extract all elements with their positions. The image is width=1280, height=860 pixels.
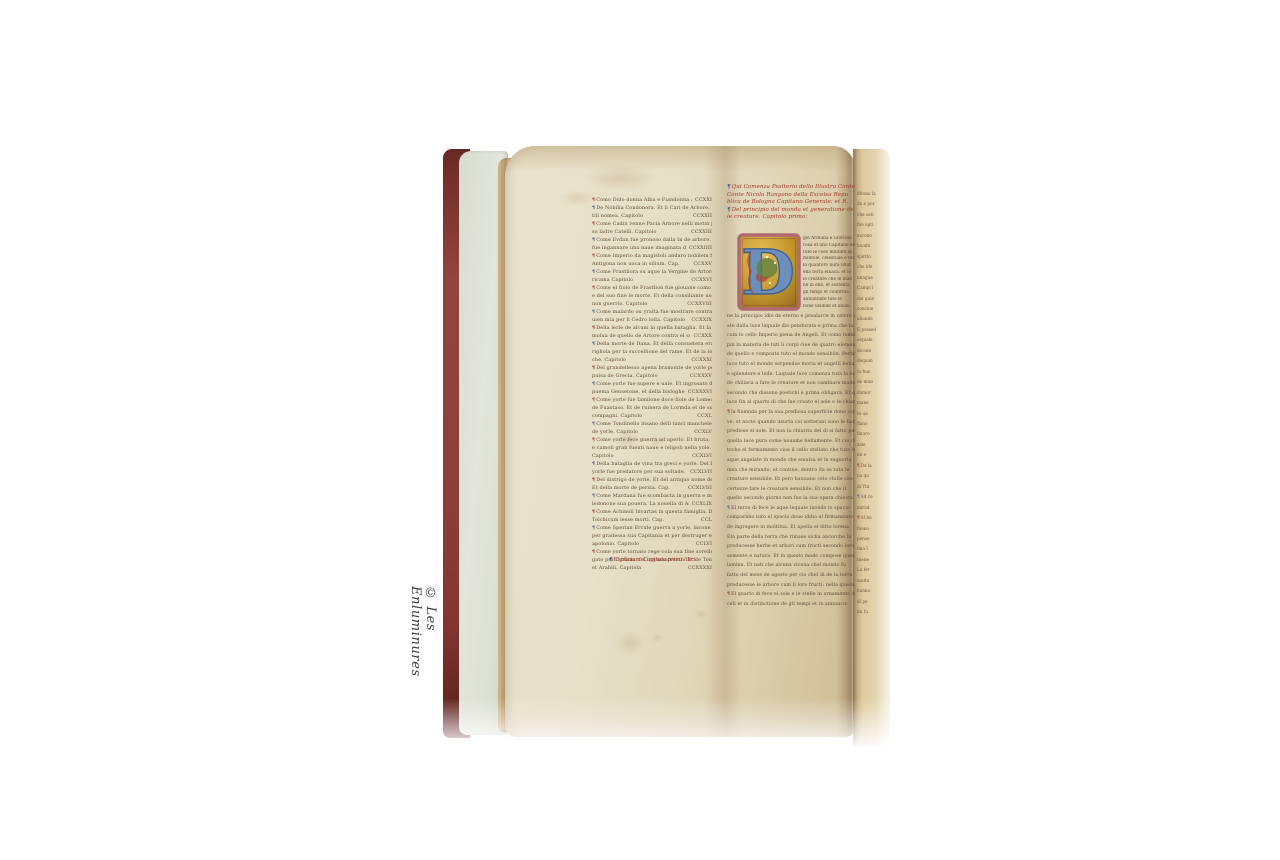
text-line: comparano tuto el spacio doue iddio el f… [727, 513, 855, 523]
chapter-entry-text: Della lerle de alcuni in quella bataglia… [596, 324, 712, 332]
paragraph-mark: ¶ [592, 436, 595, 444]
text-line-content: bone uisibile et inuisi [803, 304, 855, 311]
text-line: quella luce pura come nouame bellamente.… [727, 437, 855, 447]
chapter-number: CCXLVI [689, 452, 712, 460]
text-line-content: semente e natura. Et in questo modo comp… [727, 552, 855, 562]
text-line-content: comparano tuto el spacio doue iddio el f… [727, 513, 855, 523]
chapter-entry-line: compagni. CapitoloCCXL [592, 412, 712, 420]
text-line-content: mea che mirando, et contine, dentro da s… [727, 466, 855, 476]
chapter-number: CCXXXVI [685, 388, 712, 396]
chapter-entry-text: De Nobilia Condonora. Et li Cari de Arbo… [596, 204, 712, 212]
chapter-entry-text: Capitolo [592, 452, 689, 460]
paragraph-mark: ¶ [592, 476, 595, 484]
text-line: le creature. Capitolo primo: [727, 214, 857, 222]
chapter-entry-text: Come yorle fue supere e uale. Et ingrosa… [596, 380, 712, 388]
body-text-column: ne la principio idio de eterno e prealar… [727, 312, 855, 609]
chapter-number: CCXXXXI [685, 564, 712, 572]
chapter-number: CCXXXI [688, 356, 712, 364]
paragraph-mark: ¶ [592, 492, 595, 500]
chapter-entry-text: Come Sperian Ercule guerra a yorle, inco… [596, 524, 712, 532]
chapter-entry-line: ¶Come malardo ou yralta fue mostrare con… [592, 308, 712, 316]
text-line: blica de Bologna Capitano Generale: et R… [727, 199, 857, 207]
text-line-content: militole, celestiale e ter [803, 256, 855, 263]
chapter-entry-text: yorle fue predatore per sua soltade. Cap… [592, 468, 687, 476]
chapter-entry-line: e camoli gran fuenti naue e lelipoli nel… [592, 444, 712, 452]
text-line: rosa et uno Capitano de [803, 243, 855, 250]
chapter-entry-line: ¶Come Imperio da magistoli andaro nobile… [592, 252, 712, 260]
text-line-content: le creature che le man [803, 277, 855, 284]
manuscript-photo: ¶Como Dido donna Alba e Fiandonna Adona … [0, 0, 1280, 860]
text-line: militole, celestiale e ter [803, 256, 855, 263]
text-line-content: gie Ardiuna e Gloriosa [803, 236, 855, 243]
chapter-entry-text: Del grandellesso apena bramonte de yorle… [596, 364, 712, 372]
text-line: ¶Expliciunt Capitula primi libri. [609, 557, 719, 564]
text-line-content: luce fin al quarto di che fue creato el … [727, 398, 855, 408]
text-line-content: cum lo cello Imperio piena de Angeli. Et… [727, 331, 855, 341]
chapter-entry-line: ricama CapitoloCCXXVI [592, 276, 712, 284]
explicit-line: ¶Expliciunt Capitula primi libri. [609, 557, 719, 564]
text-line-content: fatto del mese de agosto per cio chel di… [727, 571, 855, 581]
chapter-entry-line: yorle fue predatore per sua soltade. Cap… [592, 468, 712, 476]
chapter-number: CCXL [694, 412, 712, 420]
chapter-entry-text: Come Frastliora su aque la Vergine de Ar… [596, 268, 712, 276]
paragraph-mark: ¶ [857, 513, 860, 523]
chapter-entry-text: Come Imperio da magistoli andaro nobilem… [596, 252, 712, 260]
chapter-entry-line: ¶Come yorle fue familone doce fiole de L… [592, 396, 712, 404]
paragraph-mark: ¶ [592, 420, 595, 428]
text-line: cum lo cello Imperio piena de Angeli. Et… [727, 331, 855, 341]
text-line: de quello e composto tuto el mondo sensi… [727, 350, 855, 360]
text-line: luce tuto el mondo serpendse moria et an… [727, 360, 855, 370]
text-line: pin la materia de tuti li corpi cioe de … [727, 341, 855, 351]
text-line-content: producesse le arbore cum li loro fructi:… [727, 581, 855, 591]
chapter-entry-line: ¶Come Mardana fue scombacta in guerra e … [592, 492, 712, 500]
chapter-entry-text: Et della morte de persia. Cap. [592, 484, 685, 492]
text-line-content: pin la materia de tuti li corpi cioe de … [727, 341, 855, 351]
chapter-entry-line: ¶Come Cadin venne Pacia Arbore nelli mot… [592, 220, 712, 228]
paragraph-mark: ¶ [592, 236, 595, 244]
chapter-entry-text: Del distrigo de yorle. Et del antiquo no… [596, 476, 712, 484]
chapter-number: CCXLVII [687, 468, 712, 476]
chapter-entry-text: ledonone sua pouera. La nouella di Asia.… [592, 500, 689, 508]
text-line-content: de quello e composto tuto el mondo sensi… [727, 350, 855, 360]
text-line-content: quello secondo giorno nen fue la sua ope… [727, 494, 855, 504]
chapter-entry-line: uien mia per li Cedro lolla. CapitoloCCX… [592, 316, 712, 324]
text-line-content: de ingrogere in moltilua. Et apella el d… [727, 523, 855, 533]
text-line-content: El terzo di fece le aque lequale inondo … [731, 504, 855, 514]
chapter-entry-text: Tolchicum lesse morti. Cap. [592, 516, 698, 524]
text-line: fatto del mese de agosto per cio chel di… [727, 571, 855, 581]
text-line-content: ate dalla luce laquale dio pendurata e p… [727, 322, 855, 332]
text-line: ¶El quarto di fece el sole e le stelle i… [727, 590, 855, 600]
chapter-number: CCXXIII [688, 228, 712, 236]
chapter-entry-text: Come Evdan fue pronoso dalla In de arbor… [596, 236, 712, 244]
text-line-content: annuntiate tute le [803, 297, 855, 304]
text-line: ¶Del principio del mondo et generatione … [727, 207, 857, 215]
text-line: bone uisibile et inuisi [803, 304, 855, 311]
chapter-number: CCXXX [690, 332, 712, 340]
text-line-content: prediose el sole. Et non la chiarita del… [727, 427, 855, 437]
chapter-entry-line: CapitoloCCXLVI [592, 452, 712, 460]
chapter-index-column: ¶Como Dido donna Alba e Fiandonna Adona … [592, 196, 712, 572]
text-line: certezze fare le creature sensibile. Et … [727, 485, 855, 495]
text-line-content: la quantoro nura illud [803, 263, 855, 270]
text-line-content: ne la principio idio de eterno e prealar… [727, 312, 855, 322]
chapter-entry-line: so ladre Catelli. CapitoloCCXXIII [592, 228, 712, 236]
chapter-entry-text: et Arabili. Capitola [592, 564, 685, 572]
chapter-entry-line: ¶De Nobilia Condonora. Et li Cari de Arb… [592, 204, 712, 212]
chapter-entry-text: tili nomea. Capitolo [592, 212, 690, 220]
chapter-entry-line: righola per la succellione del rame. Et … [592, 348, 712, 356]
text-line: gie Ardiuna e Gloriosa [803, 236, 855, 243]
chapter-entry-line: ¶Come yorle tornato rege cola sua fine s… [592, 548, 712, 556]
text-line: e splendore e lode. Laquale luce comenza… [727, 370, 855, 380]
text-line: gli tempi et confirma [803, 290, 855, 297]
text-line: quello secondo giorno nen fue la sua ope… [727, 494, 855, 504]
text-line-content: Qui Comenza Psalterio dello Illustro Con… [732, 184, 857, 192]
paragraph-mark: ¶ [592, 460, 595, 468]
text-line: luce fin al quarto di che fue creato el … [727, 398, 855, 408]
chapter-entry-line: tili nomea. CapitoloCCXXII [592, 212, 712, 220]
photo-right-fade [876, 140, 904, 760]
text-line-content: Conte Nicolo Rangono della Excelsa Repu [727, 192, 857, 200]
text-line-content: Expliciunt Capitula primi libri. [613, 557, 719, 564]
chapter-entry-line: fue ingannare una naue imaginata da popp… [592, 244, 712, 252]
paragraph-mark: ¶ [592, 268, 595, 276]
chapter-entry-text: che. Capitolo [592, 356, 688, 364]
paragraph-mark: ¶ [727, 504, 730, 514]
paragraph-mark: ¶ [592, 524, 595, 532]
chapter-entry-line: ¶Come el fiolo de Frastlion fue giouane … [592, 284, 712, 292]
chapter-entry-text: e del suo fine le morte. Et della consil… [592, 292, 712, 300]
chapter-entry-line: per gradessa sua Capitania et per destru… [592, 532, 712, 540]
text-line-content: luce tuto el mondo serpendse moria et an… [727, 360, 855, 370]
chapter-entry-text: Come Achinoli Invartas in questa famigli… [596, 508, 712, 516]
chapter-entry-text: non guerrio. Capitolo [592, 300, 684, 308]
chapter-entry-text: puisa de Grecia. Capitolo [592, 372, 687, 380]
chapter-entry-line: ¶Come yorle fue supere e uale. Et ingros… [592, 380, 712, 388]
text-line-content: ve, et nocte quando usurta coi sotterani… [727, 418, 855, 428]
text-line-content: tocho el fermamento cioe il cello stella… [727, 446, 855, 456]
illuminated-initial: D [737, 233, 801, 311]
chapter-entry-line: non guerrio. CapitoloCCXXVIII [592, 300, 712, 308]
chapter-entry-line: ¶Della morte de Dana. Et della consueter… [592, 340, 712, 348]
paragraph-mark: ¶ [592, 380, 595, 388]
paragraph-mark: ¶ [592, 548, 595, 556]
chapter-entry-line: ¶Del grandellesso apena bramonte de yorl… [592, 364, 712, 372]
text-line: ve, et nocte quando usurta coi sotterani… [727, 418, 855, 428]
chapter-entry-line: ¶Come Frastliora su aque la Vergine de A… [592, 268, 712, 276]
text-line: ¶Qui Comenza Psalterio dello Illustro Co… [727, 184, 857, 192]
chapter-number: CCXXIIII [686, 244, 712, 252]
paragraph-mark: ¶ [592, 284, 595, 292]
body-text-beside-initial: gie Ardiuna e Gloriosarosa et uno Capita… [803, 236, 855, 310]
chapter-entry-text: Come yorle fue familone doce fiole de Lo… [596, 396, 712, 404]
chapter-number: CCXLIX [689, 500, 712, 508]
chapter-entry-text: apolonio. Capitolo [592, 540, 693, 548]
text-line: secondo che dissono poetichi e prima obl… [727, 389, 855, 399]
chapter-number: CCXXVIII [684, 300, 712, 308]
text-line: prediose el sole. Et non la chiarita del… [727, 427, 855, 437]
chapter-entry-line: che. CapitoloCCXXXI [592, 356, 712, 364]
text-line: le creature che le man [803, 277, 855, 284]
text-line-content: gli tempi et confirma [803, 290, 855, 297]
chapter-entry-text: molua de quello de Artore contra el suo … [592, 332, 690, 340]
paragraph-mark: ¶ [592, 508, 595, 516]
paragraph-mark: ¶ [727, 408, 730, 418]
chapter-entry-line: ¶Del distrigo de yorle. Et del antiquo n… [592, 476, 712, 484]
chapter-entry-text: Come Mardana fue scombacta in guerra e m… [596, 492, 712, 500]
rubric-heading: ¶Qui Comenza Psalterio dello Illustro Co… [727, 184, 857, 222]
chapter-entry-line: ledonone sua pouera. La nouella di Asia.… [592, 500, 712, 508]
text-line-content: ne in elle, et sostenta [803, 283, 855, 290]
chapter-entry-line: et Arabili. CapitolaCCXXXXI [592, 564, 712, 572]
chapter-entry-text: compagni. Capitolo [592, 412, 694, 420]
chapter-entry-line: de yorle. CapitoloCCXLV [592, 428, 712, 436]
paragraph-mark: ¶ [727, 207, 731, 215]
paragraph-mark: ¶ [592, 364, 595, 372]
chapter-entry-text: Come Tondinello insano delli lanci manch… [596, 420, 712, 428]
paragraph-mark: ¶ [592, 204, 595, 212]
chapter-entry-text: Come yorle tornato rege cola sua fine so… [596, 548, 712, 556]
text-line: annuntiate tute le [803, 297, 855, 304]
text-line-content: secondo che dissono poetichi e prima obl… [727, 389, 855, 399]
chapter-entry-text: e camoli gran fuenti naue e lelipoli nel… [592, 444, 712, 452]
text-line-content: de chiliaca a fare le creature et non ca… [727, 379, 855, 389]
chapter-entry-line: ¶Come Tondinello insano delli lanci manc… [592, 420, 712, 428]
text-line-content: celi et in distinctione de gli tempi et … [727, 600, 855, 610]
text-line: producesse herbe et arbori cum fructi se… [727, 542, 855, 552]
text-line-content: quella luce pura come nouame bellamente.… [727, 437, 855, 447]
chapter-entry-line: puema Gensetone, et della bisloghe. Cap.… [592, 388, 712, 396]
text-line: creature sensibile. Et pero hauuano celo… [727, 475, 855, 485]
text-line: Conte Nicolo Rangono della Excelsa Repu [727, 192, 857, 200]
text-line: mea che mirando, et contine, dentro da s… [727, 466, 855, 476]
chapter-entry-text: Come el fiolo de Frastlion fue giouane c… [596, 284, 712, 292]
text-line-content: certezze fare le creature sensibile. Et … [727, 485, 855, 495]
text-line-content: ella terra elliaca. et io [803, 270, 855, 277]
paragraph-mark: ¶ [592, 308, 595, 316]
chapter-entry-line: ¶Come yorle fece guerra ad aperlo. Et br… [592, 436, 712, 444]
chapter-entry-line: Et della morte de persia. Cap.CCXLVIII [592, 484, 712, 492]
chapter-entry-text: Come Cadin venne Pacia Arbore nelli moti… [596, 220, 712, 228]
text-line: aque angelate in mondo che emulsa et in … [727, 456, 855, 466]
chapter-number: CCXXXV [687, 372, 712, 380]
text-line: ¶El terzo di fece le aque lequale inondo… [727, 504, 855, 514]
watermark-text: © Les Enluminures [408, 586, 438, 726]
text-line: la quantoro nura illud [803, 263, 855, 270]
chapter-number: CCXXI [692, 196, 712, 204]
paragraph-mark: ¶ [592, 340, 595, 348]
paragraph-mark: ¶ [857, 492, 860, 502]
chapter-entry-line: ¶Come Sperian Ercule guerra a yorle, inc… [592, 524, 712, 532]
text-line-content: blica de Bologna Capitano Generale: et R… [727, 199, 857, 207]
illuminated-initial-art: D [737, 233, 801, 311]
chapter-entry-line: ¶Come Evdan fue pronoso dalla In de arbo… [592, 236, 712, 244]
chapter-entry-text: ricama Capitolo [592, 276, 688, 284]
chapter-entry-line: Antigona non uoca in silium. Cap.CCXXV [592, 260, 712, 268]
chapter-number: CCXXII [690, 212, 712, 220]
chapter-number: CCXXVI [688, 276, 712, 284]
text-line-content: aque angelate in mondo che emulsa et in … [727, 456, 855, 466]
chapter-entry-line: apolonio. CapitoloCCLVI [592, 540, 712, 548]
text-line: lamina. Et nati che alcuna vicena chel m… [727, 561, 855, 571]
paragraph-mark: ¶ [609, 557, 612, 564]
chapter-number: CCXXV [690, 260, 712, 268]
text-line: de ingrogere in moltilua. Et apella el d… [727, 523, 855, 533]
text-line-content: lamina. Et nati che alcuna vicena chel m… [727, 561, 855, 571]
text-line-content: la fiamnda per la sua prediosa superfici… [731, 408, 855, 418]
text-line: semente e natura. Et in questo modo comp… [727, 552, 855, 562]
paragraph-mark: ¶ [727, 590, 730, 600]
text-line: ne la principio idio de eterno e prealar… [727, 312, 855, 322]
chapter-entry-line: puisa de Grecia. CapitoloCCXXXV [592, 372, 712, 380]
text-line-content: creature sensibile. Et pero hauuano celo… [727, 475, 855, 485]
chapter-number: CCXLV [691, 428, 712, 436]
paragraph-mark: ¶ [592, 196, 595, 204]
chapter-entry-text: uien mia per li Cedro lolla. Capitolo [592, 316, 688, 324]
text-line: ¶la fiamnda per la sua prediosa superfic… [727, 408, 855, 418]
chapter-entry-line: e del suo fine le morte. Et della consil… [592, 292, 712, 300]
chapter-entry-text: righola per la succellione del rame. Et … [592, 348, 712, 356]
chapter-entry-text: Antigona non uoca in silium. Cap. [592, 260, 690, 268]
text-line: tute le cose militare ac [803, 250, 855, 257]
chapter-number: CCLVI [693, 540, 712, 548]
chapter-entry-text: Come malardo ou yralta fue mostrare cont… [596, 308, 712, 316]
chapter-entry-text: de yorle. Capitolo [592, 428, 691, 436]
chapter-entry-text: Della morte de Dana. Et della consuetera… [596, 340, 712, 348]
chapter-entry-line: Tolchicum lesse morti. Cap.CCL [592, 516, 712, 524]
text-line: ella terra elliaca. et io [803, 270, 855, 277]
chapter-entry-text: fue ingannare una naue imaginata da popp… [592, 244, 686, 252]
text-line: producesse le arbore cum li loro fructi:… [727, 581, 855, 591]
chapter-entry-text: per gradessa sua Capitania et per destru… [592, 532, 712, 540]
text-line-content: tute le cose militare ac [803, 250, 855, 257]
chapter-entry-text: puema Gensetone, et della bisloghe. Cap. [592, 388, 685, 396]
text-line: ne in elle, et sostenta [803, 283, 855, 290]
text-line-content: rosa et uno Capitano de [803, 243, 855, 250]
chapter-entry-line: de Fuastaso. Et de ruinera de Lormda et … [592, 404, 712, 412]
chapter-entry-line: ¶Della bataglia de vina tra greci e yorl… [592, 460, 712, 468]
text-line-content: El quarto di fece el sole e le stelle in… [731, 590, 855, 600]
chapter-entry-text: Como Dido donna Alba e Fiandonna Adona C… [596, 196, 692, 204]
paragraph-mark: ¶ [727, 184, 731, 192]
text-line: de chiliaca a fare le creature et non ca… [727, 379, 855, 389]
chapter-number: CCL [698, 516, 712, 524]
chapter-entry-text: de Fuastaso. Et de ruinera de Lormda et … [592, 404, 712, 412]
chapter-entry-line: ¶Come Achinoli Invartas in questa famigl… [592, 508, 712, 516]
chapter-entry-text: Della bataglia de vina tra greci e yorle… [596, 460, 712, 468]
chapter-entry-line: ¶Como Dido donna Alba e Fiandonna Adona … [592, 196, 712, 204]
paragraph-mark: ¶ [592, 252, 595, 260]
text-line-content: Del principio del mondo et generatione d… [732, 207, 857, 215]
text-line-content: le creature. Capitolo primo: [727, 214, 857, 222]
paragraph-mark: ¶ [857, 461, 860, 471]
chapter-number: CCXXIX [688, 316, 712, 324]
chapter-entry-line: ¶Della lerle de alcuni in quella batagli… [592, 324, 712, 332]
text-line-content: e splendore e lode. Laquale luce comenza… [727, 370, 855, 380]
paragraph-mark: ¶ [592, 396, 595, 404]
chapter-entry-text: so ladre Catelli. Capitolo [592, 228, 688, 236]
text-line: Ela parte della terra che rimase sicha a… [727, 533, 855, 543]
chapter-entry-line: molua de quello de Artore contra el suo … [592, 332, 712, 340]
text-line: tocho el fermamento cioe il cello stella… [727, 446, 855, 456]
text-line-content: producesse herbe et arbori cum fructi se… [727, 542, 855, 552]
chapter-entry-text: Come yorle fece guerra ad aperlo. Et bru… [596, 436, 712, 444]
text-line: ate dalla luce laquale dio pendurata e p… [727, 322, 855, 332]
text-line: celi et in distinctione de gli tempi et … [727, 600, 855, 610]
paragraph-mark: ¶ [592, 220, 595, 228]
text-line-content: Ela parte della terra che rimase sicha a… [727, 533, 855, 543]
chapter-number: CCXLVIII [685, 484, 712, 492]
paragraph-mark: ¶ [592, 324, 595, 332]
photo-bottom-fade [430, 698, 902, 762]
